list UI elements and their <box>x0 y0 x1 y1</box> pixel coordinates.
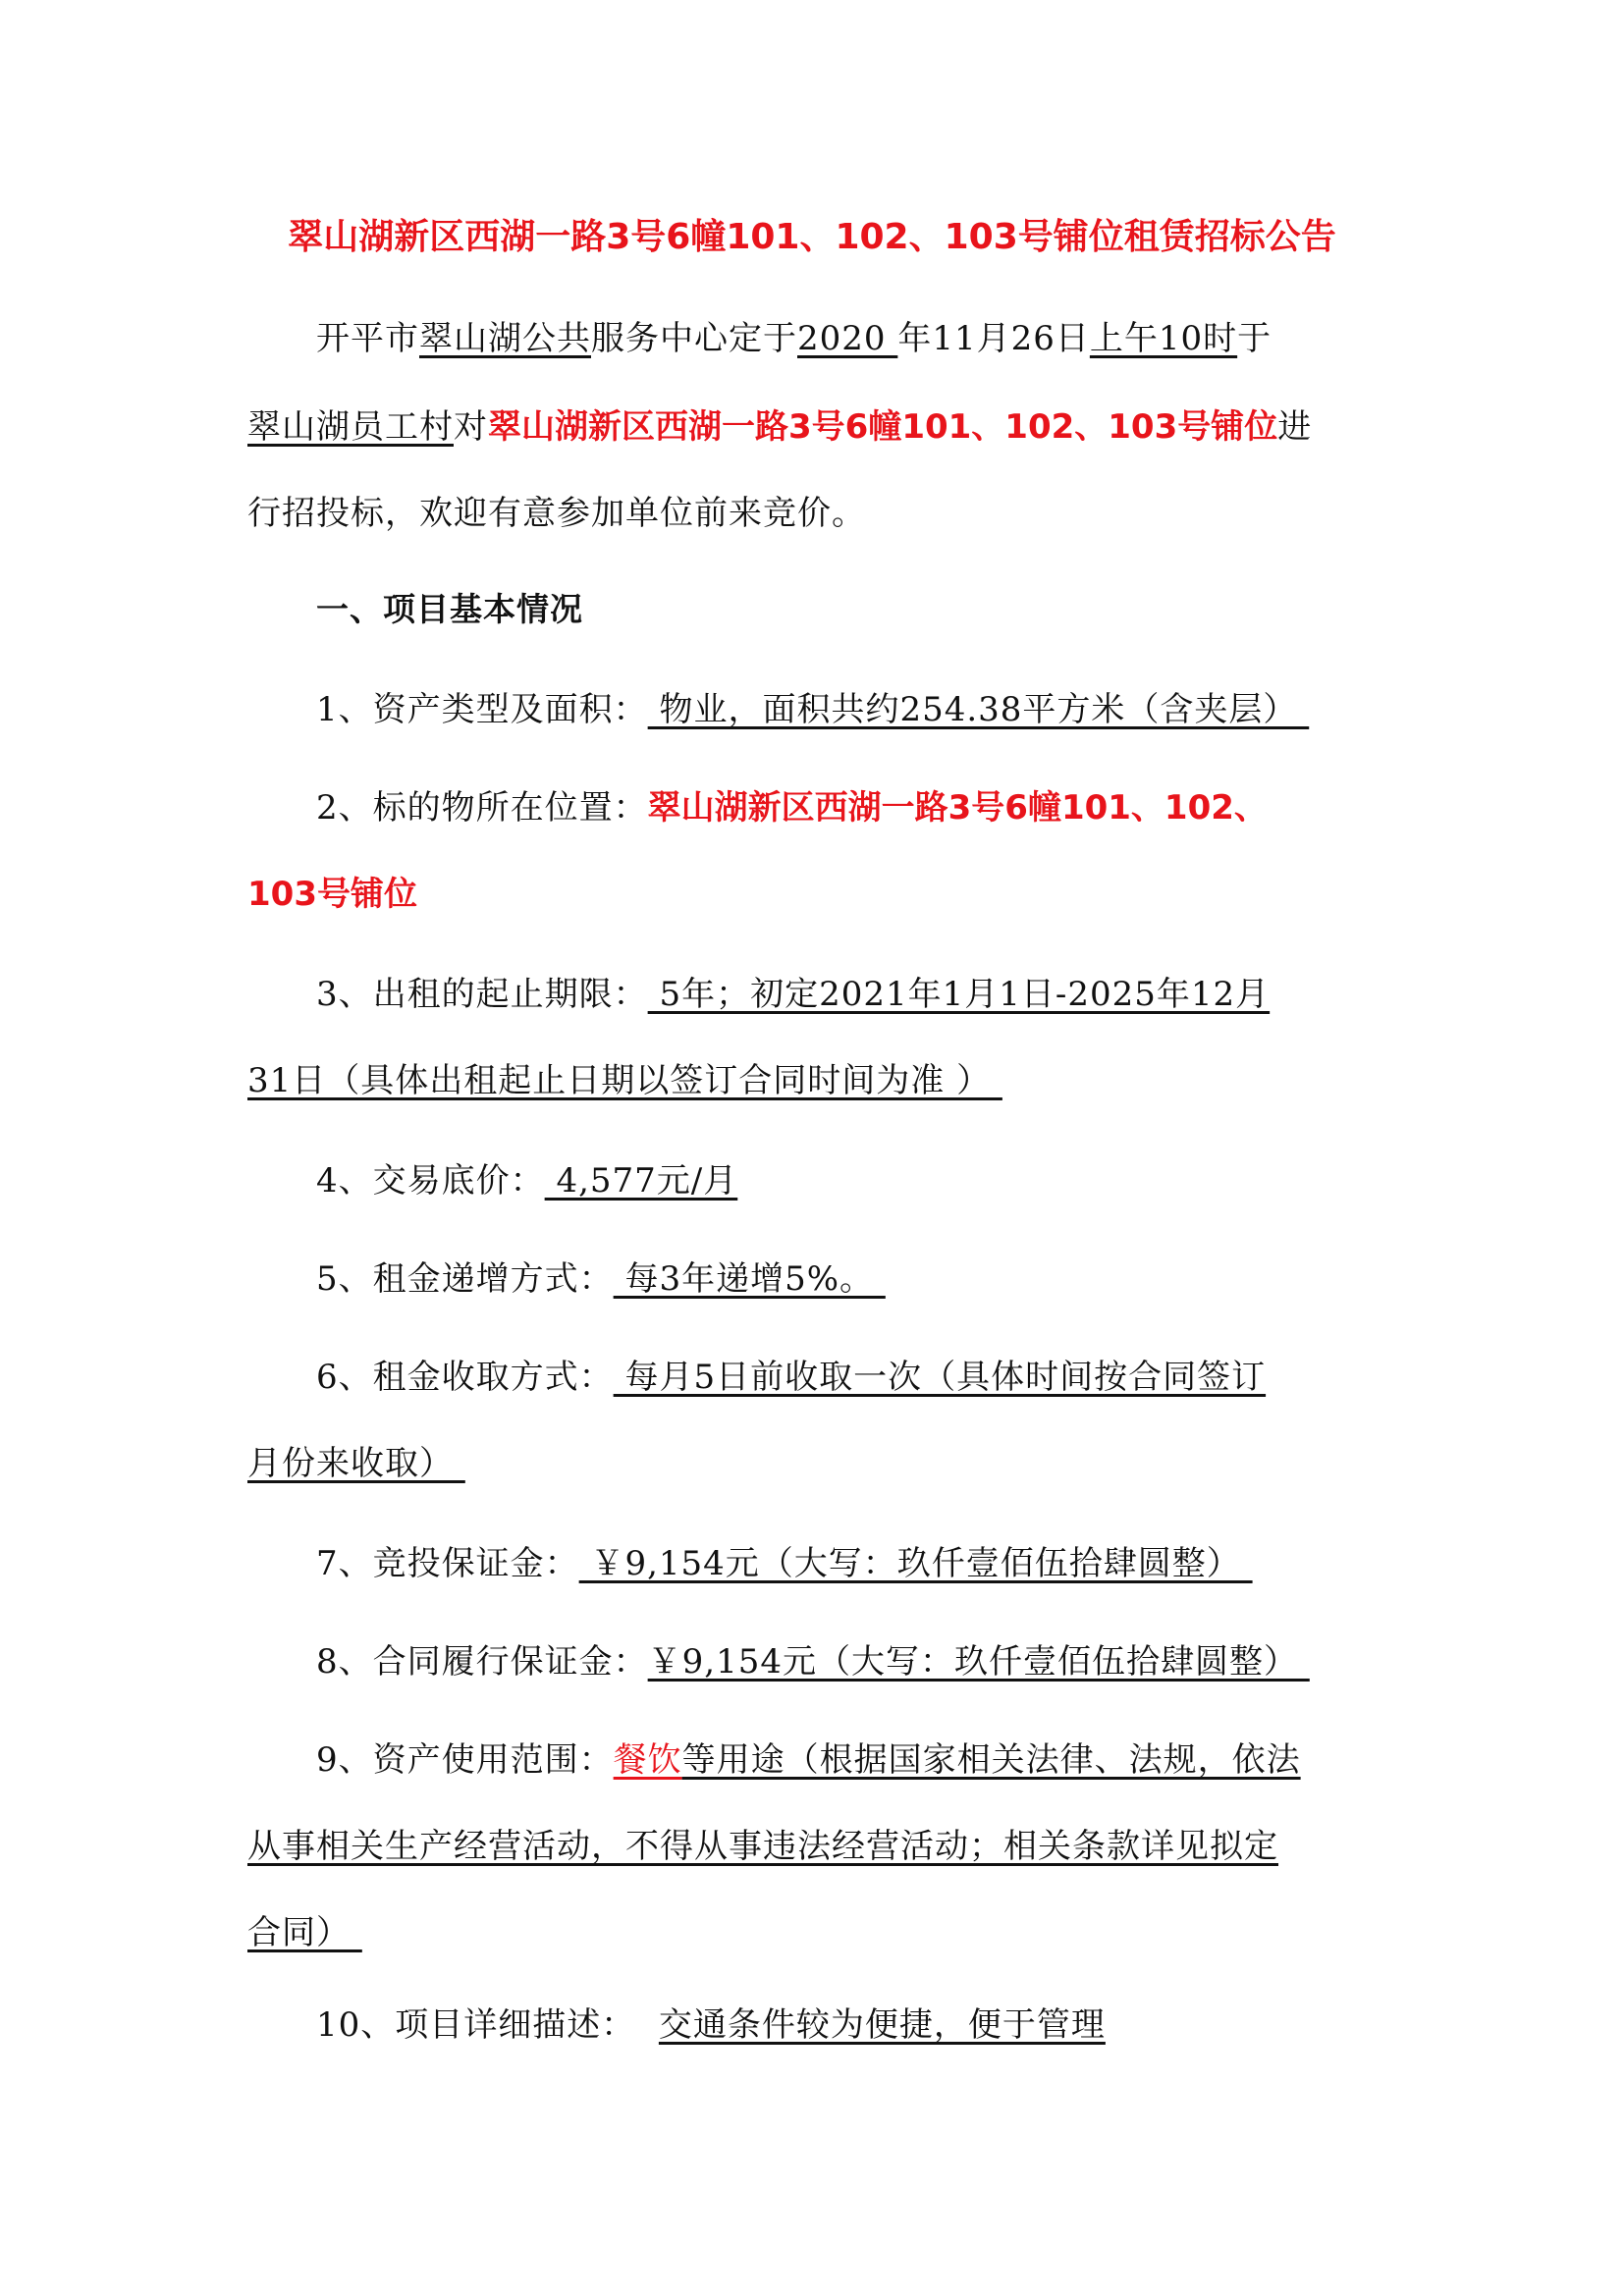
intro-text: 进 <box>1277 407 1312 447</box>
item-value: 4,577元/月 <box>545 1161 738 1201</box>
item-rent-collection: 6、租金收取方式： 每月5日前收取一次（具体时间按合同签订 <box>316 1355 1266 1400</box>
item-gap <box>635 2005 659 2045</box>
bid-venue: 翠山湖员工村 <box>247 407 454 447</box>
item-value: 每3年递增5%。 <box>614 1259 886 1299</box>
item-location: 2、标的物所在位置：翠山湖新区西湖一路3号6幢101、102、 <box>316 785 1268 830</box>
item-value: 从事相关生产经营活动，不得从事违法经营活动；相关条款详见拟定 <box>247 1827 1278 1866</box>
item-value: ￥9,154元（大写：玖仟壹佰伍拾肆圆整） <box>648 1642 1310 1682</box>
item-project-description: 10、项目详细描述： 交通条件较为便捷，便于管理 <box>316 2002 1106 2048</box>
item-label: 10、项目详细描述： <box>316 2005 635 2045</box>
item-label: 2、标的物所在位置： <box>316 788 648 828</box>
item-value: 交通条件较为便捷，便于管理 <box>659 2005 1106 2045</box>
item-value: 5年；初定2021年1月1日-2025年12月 <box>648 975 1271 1014</box>
item-value: 翠山湖新区西湖一路3号6幢101、102、 <box>648 788 1268 828</box>
item-value: 103号铺位 <box>247 875 417 914</box>
item-lease-period: 3、出租的起止期限： 5年；初定2021年1月1日-2025年12月 <box>316 972 1270 1017</box>
intro-text: 于 <box>1237 319 1272 358</box>
usage-highlight: 餐饮 <box>614 1740 682 1780</box>
organizer-name: 翠山湖公共 <box>419 319 591 358</box>
bid-target-property: 翠山湖新区西湖一路3号6幢101、102、103号铺位 <box>488 407 1277 447</box>
item-label: 9、资产使用范围： <box>316 1740 614 1780</box>
bid-time: 上午10时 <box>1090 319 1237 358</box>
item-usage-scope: 9、资产使用范围：餐饮等用途（根据国家相关法律、法规，依法 <box>316 1737 1301 1783</box>
document-title: 翠山湖新区西湖一路3号6幢101、102、103号铺位租赁招标公告 <box>0 214 1624 261</box>
item-value: 合同） <box>247 1913 362 1952</box>
item-label: 8、合同履行保证金： <box>316 1642 648 1682</box>
item-bid-deposit: 7、竞投保证金： ￥9,154元（大写：玖仟壹佰伍拾肆圆整） <box>316 1541 1253 1586</box>
item-asset-type-area: 1、资产类型及面积： 物业，面积共约254.38平方米（含夹层） <box>316 687 1309 732</box>
item-usage-scope-cont: 从事相关生产经营活动，不得从事违法经营活动；相关条款详见拟定 <box>247 1824 1278 1869</box>
item-label: 6、租金收取方式： <box>316 1358 614 1397</box>
item-value: ￥9,154元（大写：玖仟壹佰伍拾肆圆整） <box>579 1544 1253 1583</box>
item-performance-deposit: 8、合同履行保证金：￥9,154元（大写：玖仟壹佰伍拾肆圆整） <box>316 1639 1310 1684</box>
item-label: 4、交易底价： <box>316 1161 545 1201</box>
item-rent-increase: 5、租金递增方式： 每3年递增5%。 <box>316 1256 886 1302</box>
intro-line-3: 行招投标，欢迎有意参加单位前来竞价。 <box>247 491 866 536</box>
item-value: 31日（具体出租起止日期以签订合同时间为准 ） <box>247 1061 1002 1100</box>
item-label: 3、出租的起止期限： <box>316 975 648 1014</box>
document-page: 翠山湖新区西湖一路3号6幢101、102、103号铺位租赁招标公告 开平市翠山湖… <box>0 0 1624 2296</box>
item-reserve-price: 4、交易底价： 4,577元/月 <box>316 1158 737 1203</box>
bid-date: 年11月26日 <box>897 319 1090 358</box>
intro-text: 开平市 <box>316 319 419 358</box>
item-value: 月份来收取） <box>247 1444 465 1483</box>
bid-year: 2020 <box>797 319 897 358</box>
item-lease-period-cont: 31日（具体出租起止日期以签订合同时间为准 ） <box>247 1058 1002 1103</box>
item-rent-collection-cont: 月份来收取） <box>247 1441 465 1486</box>
intro-text: 服务中心定于 <box>591 319 797 358</box>
item-label: 1、资产类型及面积： <box>316 690 648 729</box>
intro-line-2: 翠山湖员工村对翠山湖新区西湖一路3号6幢101、102、103号铺位进 <box>247 404 1312 450</box>
item-usage-scope-cont-2: 合同） <box>247 1910 362 1955</box>
item-label: 7、竞投保证金： <box>316 1544 579 1583</box>
section-heading-basic-info: 一、项目基本情况 <box>316 587 583 632</box>
item-value: 每月5日前收取一次（具体时间按合同签订 <box>614 1358 1266 1397</box>
item-location-cont: 103号铺位 <box>247 872 417 917</box>
item-label: 5、租金递增方式： <box>316 1259 614 1299</box>
intro-line-1: 开平市翠山湖公共服务中心定于2020 年11月26日上午10时于 <box>316 316 1272 361</box>
item-value: 等用途（根据国家相关法律、法规，依法 <box>682 1740 1301 1780</box>
item-value: 物业，面积共约254.38平方米（含夹层） <box>648 690 1310 729</box>
intro-text: 对 <box>454 407 488 447</box>
